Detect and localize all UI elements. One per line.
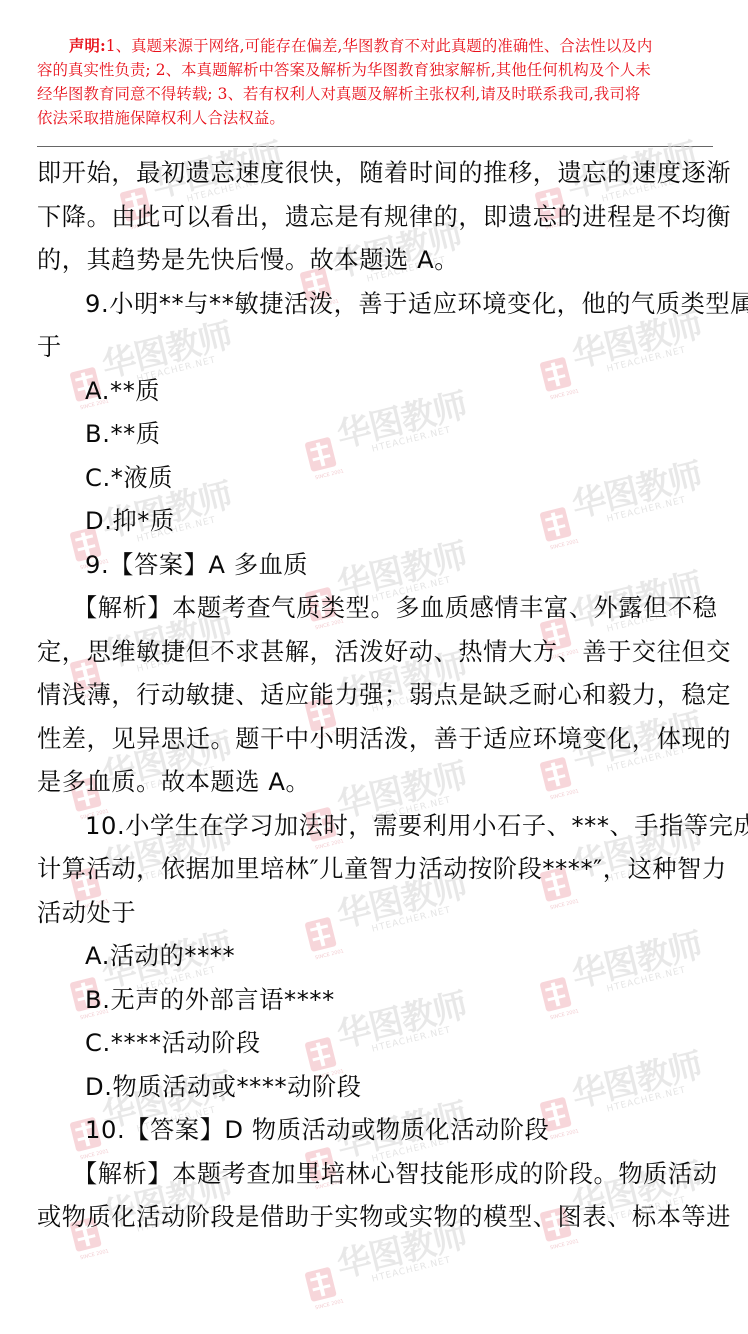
question-9-option-c: C.*液质 — [37, 457, 717, 501]
question-9-explanation: 性差，见异思迁。题干中小明活泼，善于适应环境变化，体现的 — [37, 718, 717, 762]
question-10-answer: 10.【答案】D 物质活动或物质化活动阶段 — [37, 1109, 717, 1153]
question-9-explanation: 定，思维敏捷但不求甚解，活泼好动、热情大方、善于交往但交 — [37, 631, 717, 675]
disclaimer-line: 1、真题来源于网络,可能存在偏差,华图教育不对此真题的准确性、合法性以及内 — [106, 37, 653, 55]
explanation-line: 的，其趋势是先快后慢。故本题选 A。 — [37, 239, 717, 283]
question-9-explanation: 【解析】本题考查气质类型。多血质感情丰富、外露但不稳 — [37, 587, 717, 631]
document-page: 声明:1、真题来源于网络,可能存在偏差,华图教育不对此真题的准确性、合法性以及内… — [0, 0, 748, 1334]
question-9-answer: 9.【答案】A 多血质 — [37, 544, 717, 588]
watermark-url: HTEACHER.NET — [371, 1255, 452, 1284]
explanation-line: 即开始，最初遗忘速度很快，随着时间的推移，遗忘的速度逐渐 — [37, 152, 717, 196]
document-body: 即开始，最初遗忘速度很快，随着时间的推移，遗忘的速度逐渐 下降。由此可以看出，遗… — [37, 152, 717, 1240]
question-10-stem: 计算活动，依据加里培林″儿童智力活动按阶段****″，这种智力 — [37, 848, 717, 892]
question-10-explanation: 【解析】本题考查加里培林心智技能形成的阶段。物质活动 — [37, 1153, 717, 1197]
watermark-since: SINCE 2001 — [80, 1248, 110, 1261]
question-9-explanation: 是多血质。故本题选 A。 — [37, 761, 717, 805]
disclaimer-label: 声明: — [37, 37, 106, 55]
question-9-option-d: D.抑*质 — [37, 500, 717, 544]
disclaimer-line: 经华图教育同意不得转载; 3、若有权利人对真题及解析主张权利,请及时联系我司,我… — [37, 82, 713, 106]
watermark-logo-icon — [304, 1267, 336, 1302]
question-10-stem: 活动处于 — [37, 892, 717, 936]
question-9-option-a: A.**质 — [37, 370, 717, 414]
explanation-line: 下降。由此可以看出，遗忘是有规律的，即遗忘的进程是不均衡 — [37, 196, 717, 240]
question-10-option-d: D.物质活动或****动阶段 — [37, 1066, 717, 1110]
question-9-explanation: 情浅薄，行动敏捷、适应能力强；弱点是缺乏耐心和毅力，稳定 — [37, 674, 717, 718]
question-10-option-c: C.****活动阶段 — [37, 1022, 717, 1066]
question-9-stem: 于 — [37, 326, 717, 370]
disclaimer: 声明:1、真题来源于网络,可能存在偏差,华图教育不对此真题的准确性、合法性以及内… — [37, 34, 713, 130]
disclaimer-line: 依法采取措施保障权利人合法权益。 — [37, 106, 713, 130]
question-10-option-b: B.无声的外部言语**** — [37, 979, 717, 1023]
disclaimer-line: 容的真实性负责; 2、本真题解析中答案及解析为华图教育独家解析,其他任何机构及个… — [37, 58, 713, 82]
watermark-since: SINCE 2001 — [315, 1298, 345, 1311]
question-10-option-a: A.活动的**** — [37, 935, 717, 979]
watermark-since: SINCE 2001 — [550, 1238, 580, 1251]
question-10-explanation: 或物质化活动阶段是借助于实物或实物的模型、图表、标本等进 — [37, 1196, 717, 1240]
question-10-stem: 10.小学生在学习加法时，需要利用小石子、***、手指等完成 — [37, 805, 717, 849]
question-9-option-b: B.**质 — [37, 413, 717, 457]
question-9-stem: 9.小明**与**敏捷活泼，善于适应环境变化，他的气质类型属 — [37, 283, 717, 327]
header-divider — [37, 146, 713, 147]
